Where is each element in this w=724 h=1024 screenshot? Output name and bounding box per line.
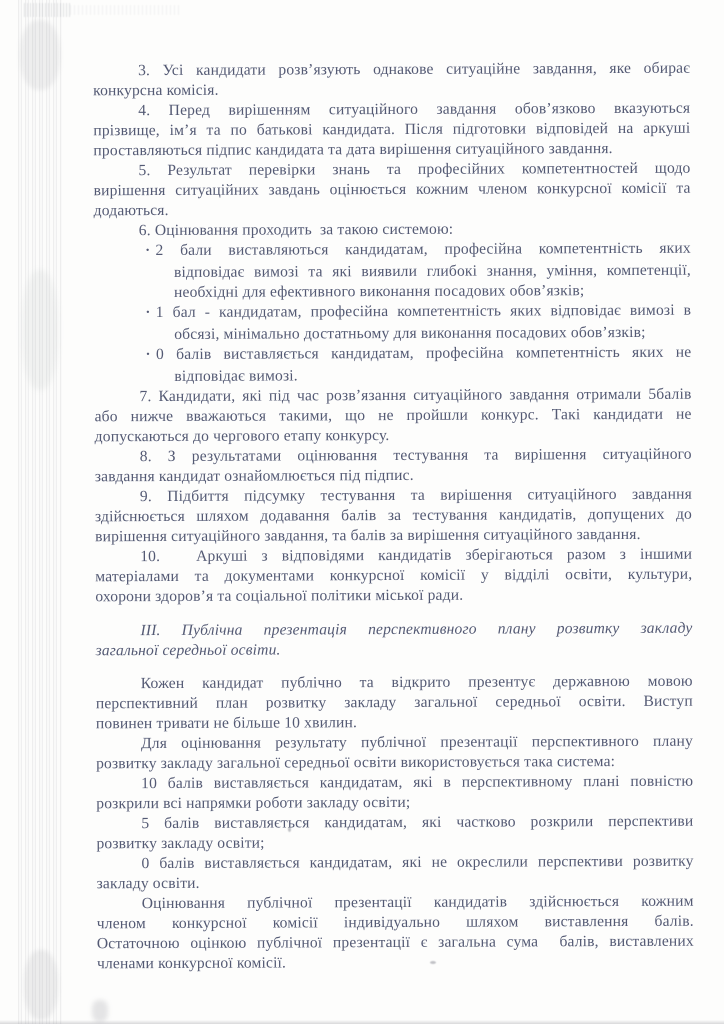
- text-line: завдання кандидат ознайомлюється під під…: [95, 465, 692, 488]
- text-line: Оцінювання публічної презентації кандида…: [97, 892, 694, 915]
- text-line: проставляються підпис кандидата та дата …: [93, 139, 690, 162]
- text-line: •0 балів виставляється кандидатам, профе…: [94, 343, 691, 368]
- text-line: 0 балів виставляється кандидатам, які не…: [96, 852, 693, 875]
- text-line: додаються.: [94, 199, 691, 222]
- paragraph-item-5: 5. Результат перевірки знань та професій…: [93, 159, 690, 222]
- bullet-text: 1 бал - кандидатам, професійна компетент…: [156, 302, 691, 321]
- section-heading: ІІІ. Публічна презентація перспективного…: [95, 619, 692, 662]
- scan-smudge: [20, 20, 60, 90]
- text-line: відповідає вимозі та які виявили глибокі…: [94, 261, 691, 284]
- text-line: необхідні для ефективного виконання поса…: [94, 281, 691, 304]
- text-line: здійснюється шляхом додавання балів за т…: [95, 505, 692, 528]
- item-number: 10.: [140, 548, 160, 565]
- text-line: розвитку закладу загальної середньої осв…: [96, 752, 693, 775]
- bullet-item-0-points: •0 балів виставляється кандидатам, профе…: [94, 343, 691, 388]
- paragraph-item-9: 9. Підбиття підсумку тестування та виріш…: [95, 485, 692, 548]
- bullet-text: 0 балів виставляється кандидатам, профес…: [156, 344, 691, 363]
- bullet-icon: •: [146, 307, 150, 318]
- text-line: Остаточною оцінкою публічної презентації…: [97, 932, 694, 955]
- scan-streak-band: [18, 0, 62, 1024]
- text-line: вирішення ситуаційних завдань оцінюється…: [94, 179, 691, 202]
- paragraph-item-8: 8. З результатами оцінювання тестування …: [95, 445, 692, 488]
- bullet-text: 2 бали виставляються кандидатам, професі…: [155, 240, 690, 259]
- scan-smudge: [92, 1000, 108, 1022]
- paragraph-score-10: 10 балів виставляється кандидатам, які в…: [96, 772, 693, 815]
- paragraph-presentation-intro: Кожен кандидат публічно та відкрито през…: [96, 672, 693, 735]
- text-line: прізвище, ім’я та по батькові кандидата.…: [93, 119, 690, 142]
- paragraph-item-10: 10.Аркуші з відповідями кандидатів збері…: [95, 545, 692, 608]
- text-line: допускаються до чергового етапу конкурсу…: [95, 425, 692, 448]
- paragraph-rating-system: Для оцінювання результату публічної през…: [96, 732, 693, 775]
- text-line: обсязі, мінімально достатньому для викон…: [94, 323, 691, 346]
- text-line: 6. Оцінювання проходить за такою системо…: [94, 219, 691, 242]
- text-line: членами конкурсної комісії.: [97, 952, 694, 975]
- text-line: охорони здоров’я та соціальної політики …: [95, 585, 692, 608]
- paragraph-item-3: 3. Усі кандидати розв’язують однакове си…: [93, 59, 690, 102]
- text-line: перспективний план розвитку закладу зага…: [96, 692, 693, 715]
- text-line: Кожен кандидат публічно та відкрито през…: [96, 672, 693, 695]
- text-line: 10.Аркуші з відповідями кандидатів збері…: [95, 545, 692, 568]
- text-line: або нижче вважаються такими, що не пройш…: [95, 405, 692, 428]
- text-line: розкрили всі напрямки роботи закладу осв…: [96, 792, 693, 815]
- paragraph-score-5: 5 балів виставляється кандидатам, які ча…: [96, 812, 693, 855]
- text-line: відповідає вимозі.: [94, 365, 691, 388]
- paragraph-item-7: 7. Кандидати, які під час розв’язання си…: [94, 385, 691, 448]
- text-line: •1 бал - кандидатам, професійна компетен…: [94, 301, 691, 326]
- paragraph-item-4: 4. Перед вирішенням ситуаційного завданн…: [93, 99, 690, 162]
- text-line: 4. Перед вирішенням ситуаційного завданн…: [93, 99, 690, 122]
- text-line: Для оцінювання результату публічної през…: [96, 732, 693, 755]
- text-line: матеріалами та документами конкурсної ко…: [95, 565, 692, 588]
- paragraph-final: Оцінювання публічної презентації кандида…: [97, 892, 694, 975]
- text-line: загальної середньої освіти.: [96, 639, 693, 662]
- paragraph-item-6: 6. Оцінювання проходить за такою системо…: [94, 219, 691, 242]
- bullet-item-1-point: •1 бал - кандидатам, професійна компетен…: [94, 301, 691, 346]
- text-line: вирішення ситуаційного завдання, та балі…: [95, 525, 692, 548]
- text-line: 8. З результатами оцінювання тестування …: [95, 445, 692, 468]
- paragraph-score-0: 0 балів виставляється кандидатам, які не…: [96, 852, 693, 895]
- text-line: конкурсна комісія.: [93, 79, 690, 102]
- text-line: 7. Кандидати, які під час розв’язання си…: [94, 385, 691, 408]
- text-line: 5 балів виставляється кандидатам, які ча…: [96, 812, 693, 835]
- bullet-icon: •: [146, 245, 150, 256]
- page-bottom-edge: [0, 1020, 724, 1024]
- text-line: ІІІ. Публічна презентація перспективного…: [95, 619, 692, 642]
- text-line: 10 балів виставляється кандидатам, які в…: [96, 772, 693, 795]
- text-line: повинен тривати не більше 10 хвилин.: [96, 712, 693, 735]
- text-line: розвитку закладу освіти;: [96, 832, 693, 855]
- text-line: •2 бали виставляються кандидатам, профес…: [94, 239, 691, 264]
- item-text: Аркуші з відповідями кандидатів зберігаю…: [196, 546, 692, 565]
- bullet-icon: •: [146, 349, 150, 360]
- text-line: членом конкурсної комісії індивідуально …: [97, 912, 694, 935]
- document-text: 3. Усі кандидати розв’язують однакове си…: [93, 59, 694, 975]
- scan-smudge: [24, 950, 58, 1020]
- scan-scribble: [70, 5, 180, 15]
- text-line: закладу освіти.: [97, 872, 694, 895]
- text-line: 3. Усі кандидати розв’язують однакове си…: [93, 59, 690, 82]
- text-line: 5. Результат перевірки знань та професій…: [93, 159, 690, 182]
- scan-scribble: [24, 3, 70, 17]
- bullet-item-2-points: •2 бали виставляються кандидатам, профес…: [94, 239, 691, 304]
- text-line: 9. Підбиття підсумку тестування та виріш…: [95, 485, 692, 508]
- scan-smudge: [22, 270, 58, 390]
